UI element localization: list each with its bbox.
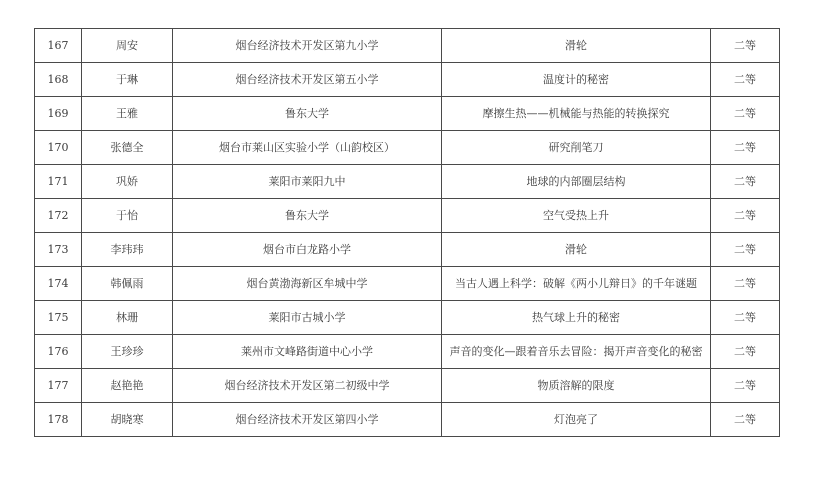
table-row: 170 张德全 烟台市莱山区实验小学（山韵校区） 研究削笔刀 二等 bbox=[35, 131, 780, 165]
school-name: 鲁东大学 bbox=[173, 199, 442, 233]
project-title: 研究削笔刀 bbox=[442, 131, 711, 165]
participant-name: 于怡 bbox=[82, 199, 173, 233]
row-number: 175 bbox=[35, 301, 82, 335]
table-row: 174 韩佩雨 烟台黄渤海新区牟城中学 当古人遇上科学：破解《两小儿辩日》的千年… bbox=[35, 267, 780, 301]
project-title: 当古人遇上科学：破解《两小儿辩日》的千年谜题 bbox=[442, 267, 711, 301]
table-row: 171 巩娇 莱阳市莱阳九中 地球的内部圈层结构 二等 bbox=[35, 165, 780, 199]
table-row: 178 胡晓寒 烟台经济技术开发区第四小学 灯泡亮了 二等 bbox=[35, 403, 780, 437]
award-grade: 二等 bbox=[711, 369, 780, 403]
participant-name: 王雅 bbox=[82, 97, 173, 131]
row-number: 171 bbox=[35, 165, 82, 199]
school-name: 烟台黄渤海新区牟城中学 bbox=[173, 267, 442, 301]
school-name: 烟台经济技术开发区第九小学 bbox=[173, 29, 442, 63]
table-row: 177 赵艳艳 烟台经济技术开发区第二初级中学 物质溶解的限度 二等 bbox=[35, 369, 780, 403]
row-number: 174 bbox=[35, 267, 82, 301]
awards-table: 167 周安 烟台经济技术开发区第九小学 滑轮 二等 168 于琳 烟台经济技术… bbox=[34, 28, 780, 437]
table-row: 173 李玮玮 烟台市白龙路小学 滑轮 二等 bbox=[35, 233, 780, 267]
project-title: 滑轮 bbox=[442, 29, 711, 63]
school-name: 莱阳市莱阳九中 bbox=[173, 165, 442, 199]
project-title: 灯泡亮了 bbox=[442, 403, 711, 437]
participant-name: 赵艳艳 bbox=[82, 369, 173, 403]
school-name: 烟台经济技术开发区第四小学 bbox=[173, 403, 442, 437]
project-title: 热气球上升的秘密 bbox=[442, 301, 711, 335]
participant-name: 李玮玮 bbox=[82, 233, 173, 267]
row-number: 168 bbox=[35, 63, 82, 97]
participant-name: 张德全 bbox=[82, 131, 173, 165]
school-name: 烟台经济技术开发区第二初级中学 bbox=[173, 369, 442, 403]
award-grade: 二等 bbox=[711, 199, 780, 233]
row-number: 177 bbox=[35, 369, 82, 403]
award-grade: 二等 bbox=[711, 29, 780, 63]
project-title: 物质溶解的限度 bbox=[442, 369, 711, 403]
table-row: 175 林珊 莱阳市古城小学 热气球上升的秘密 二等 bbox=[35, 301, 780, 335]
award-grade: 二等 bbox=[711, 131, 780, 165]
row-number: 172 bbox=[35, 199, 82, 233]
award-grade: 二等 bbox=[711, 165, 780, 199]
award-grade: 二等 bbox=[711, 335, 780, 369]
table-row: 167 周安 烟台经济技术开发区第九小学 滑轮 二等 bbox=[35, 29, 780, 63]
row-number: 178 bbox=[35, 403, 82, 437]
school-name: 烟台经济技术开发区第五小学 bbox=[173, 63, 442, 97]
project-title: 摩擦生热——机械能与热能的转换探究 bbox=[442, 97, 711, 131]
participant-name: 韩佩雨 bbox=[82, 267, 173, 301]
award-grade: 二等 bbox=[711, 63, 780, 97]
school-name: 烟台市莱山区实验小学（山韵校区） bbox=[173, 131, 442, 165]
document-page: 167 周安 烟台经济技术开发区第九小学 滑轮 二等 168 于琳 烟台经济技术… bbox=[0, 0, 819, 488]
row-number: 167 bbox=[35, 29, 82, 63]
participant-name: 于琳 bbox=[82, 63, 173, 97]
school-name: 莱阳市古城小学 bbox=[173, 301, 442, 335]
award-grade: 二等 bbox=[711, 301, 780, 335]
award-grade: 二等 bbox=[711, 233, 780, 267]
school-name: 莱州市文峰路街道中心小学 bbox=[173, 335, 442, 369]
row-number: 169 bbox=[35, 97, 82, 131]
school-name: 鲁东大学 bbox=[173, 97, 442, 131]
participant-name: 巩娇 bbox=[82, 165, 173, 199]
row-number: 170 bbox=[35, 131, 82, 165]
row-number: 176 bbox=[35, 335, 82, 369]
participant-name: 林珊 bbox=[82, 301, 173, 335]
project-title: 声音的变化—跟着音乐去冒险：揭开声音变化的秘密 bbox=[442, 335, 711, 369]
table-row: 176 王珍珍 莱州市文峰路街道中心小学 声音的变化—跟着音乐去冒险：揭开声音变… bbox=[35, 335, 780, 369]
award-grade: 二等 bbox=[711, 97, 780, 131]
participant-name: 胡晓寒 bbox=[82, 403, 173, 437]
table-row: 169 王雅 鲁东大学 摩擦生热——机械能与热能的转换探究 二等 bbox=[35, 97, 780, 131]
project-title: 地球的内部圈层结构 bbox=[442, 165, 711, 199]
school-name: 烟台市白龙路小学 bbox=[173, 233, 442, 267]
participant-name: 王珍珍 bbox=[82, 335, 173, 369]
project-title: 空气受热上升 bbox=[442, 199, 711, 233]
project-title: 温度计的秘密 bbox=[442, 63, 711, 97]
row-number: 173 bbox=[35, 233, 82, 267]
project-title: 滑轮 bbox=[442, 233, 711, 267]
table-row: 172 于怡 鲁东大学 空气受热上升 二等 bbox=[35, 199, 780, 233]
awards-table-body: 167 周安 烟台经济技术开发区第九小学 滑轮 二等 168 于琳 烟台经济技术… bbox=[35, 29, 780, 437]
award-grade: 二等 bbox=[711, 267, 780, 301]
award-grade: 二等 bbox=[711, 403, 780, 437]
participant-name: 周安 bbox=[82, 29, 173, 63]
table-row: 168 于琳 烟台经济技术开发区第五小学 温度计的秘密 二等 bbox=[35, 63, 780, 97]
